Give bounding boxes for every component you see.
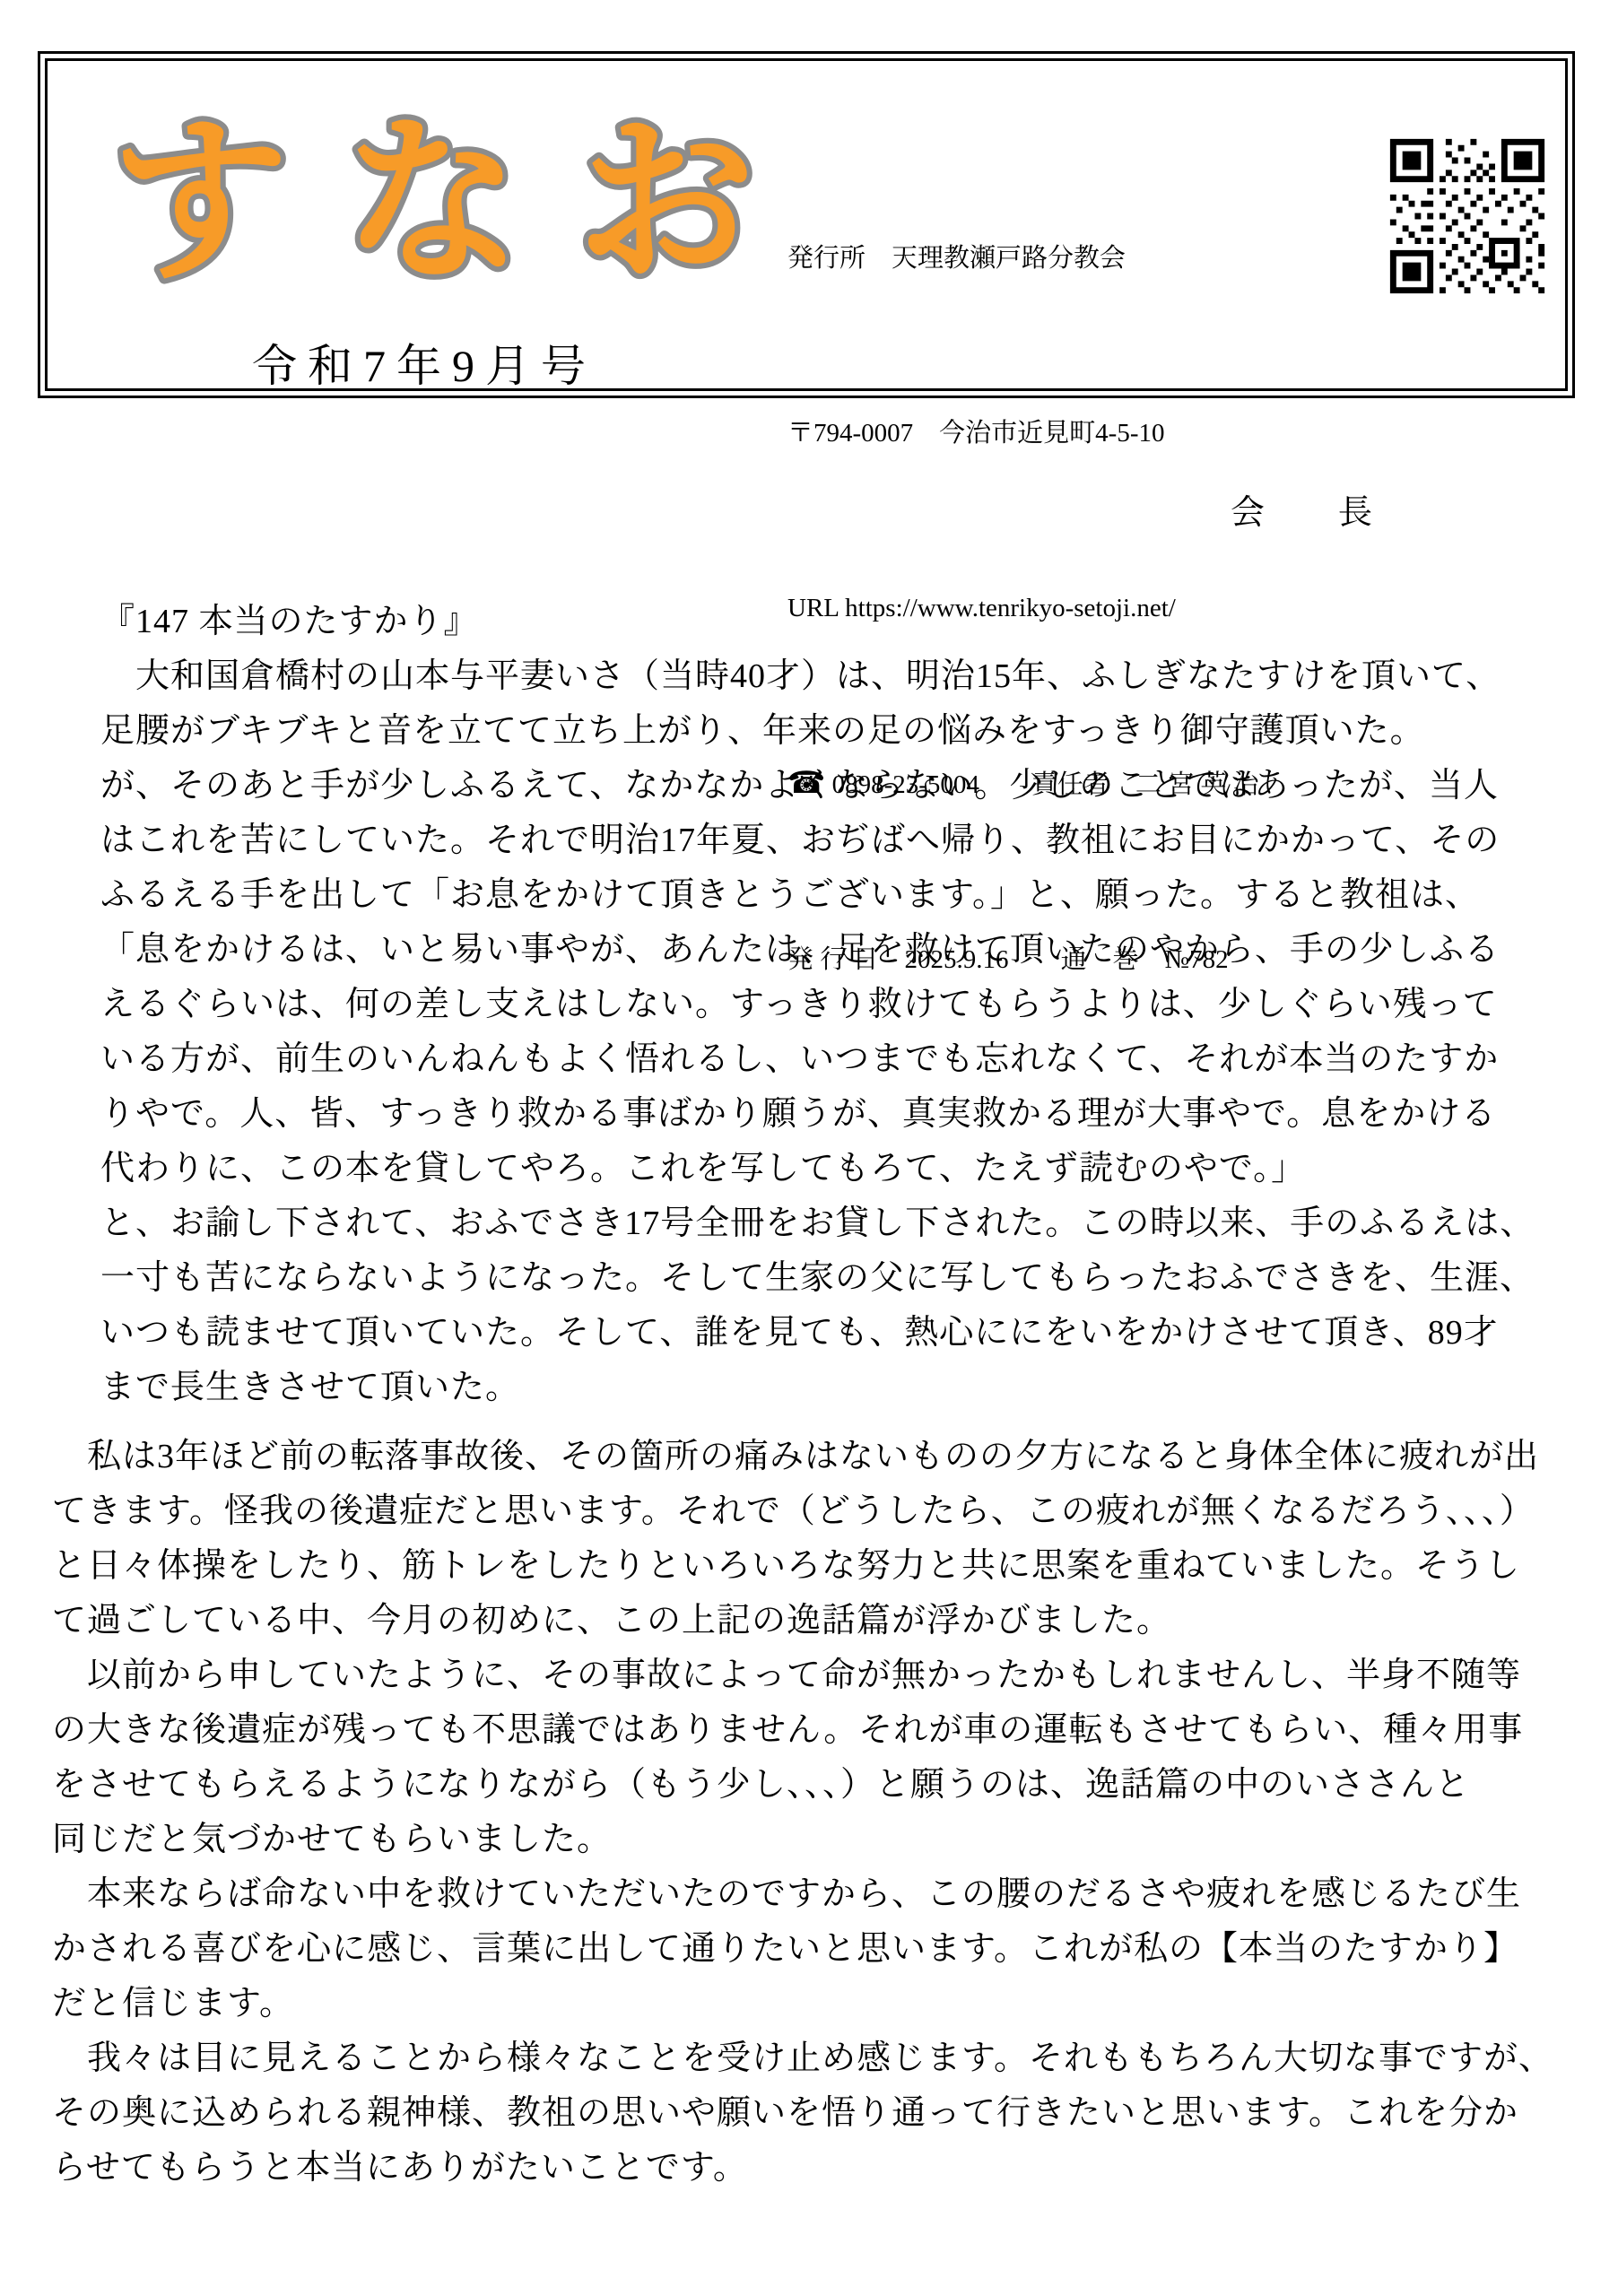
anecdote-line: と、お諭し下されて、おふでさき17号全冊をお貸し下された。この時以来、手のふるえ…: [100, 1196, 1555, 1251]
qr-code: [1384, 133, 1551, 300]
commentary-line: てきます。怪我の後遺症だと思います。それで（どうしたら、この疲れが無くなるだろう…: [52, 1484, 1582, 1539]
phone-number-text: 0898-23-5004 責任者 二 宮 英 治: [825, 770, 1258, 799]
url-line: URL https://www.tenrikyo-setoji.net/: [787, 579, 1259, 638]
issue-date-line: 発 行 日 2025.9.16 通 巻 №782: [787, 931, 1259, 989]
commentary-block: 私は3年ほど前の転落事故後、その箇所の痛みはないものの夕方になると身体全体に疲れ…: [52, 1430, 1582, 2196]
commentary-line: その奥に込められる親神様、教祖の思いや願いを悟り通って行きたいと思います。これを…: [52, 2086, 1582, 2141]
commentary-line: 本来ならば命ない中を救けていただいたのですから、この腰のだるさや疲れを感じるたび…: [52, 1867, 1582, 1922]
commentary-line: と日々体操をしたり、筋トレをしたりといろいろな努力と共に思案を重ねていました。そ…: [52, 1539, 1582, 1594]
anecdote-line: 一寸も苦にならないようになった。そして生家の父に写してもらったおふでさきを、生涯…: [100, 1251, 1555, 1306]
phone-line: ☎ 0898-23-5004 責任者 二 宮 英 治: [787, 754, 1259, 814]
telephone-icon: ☎: [787, 767, 825, 800]
masthead-inner-border: すなお 令和7年9月号 発行所 天理教瀬戸路分教会 〒794-0007 今治市近…: [45, 58, 1568, 391]
anecdote-line: まで長生きさせて頂いた。: [100, 1361, 1555, 1415]
publisher-line: 発行所 天理教瀬戸路分教会: [787, 230, 1259, 288]
publication-info: 発行所 天理教瀬戸路分教会 〒794-0007 今治市近見町4-5-10 URL…: [787, 113, 1259, 1106]
commentary-line: らせてもらうと本当にありがたいことです。: [52, 2141, 1582, 2196]
commentary-line: 同じだと気づかせてもらいました。: [52, 1813, 1582, 1867]
commentary-line: 我々は目に見えることから様々なことを受け止め感じます。それももちろん大切な事です…: [52, 2031, 1582, 2086]
masthead-box: すなお 令和7年9月号 発行所 天理教瀬戸路分教会 〒794-0007 今治市近…: [38, 51, 1575, 398]
commentary-line: の大きな後遺症が残っても不思議ではありません。それが車の運転もさせてもらい、種々…: [52, 1703, 1582, 1758]
anecdote-line: いつも読ませて頂いていた。そして、誰を見ても、熱心ににをいをかけさせて頂き、89…: [100, 1306, 1555, 1361]
commentary-line: かされる喜びを心に感じ、言葉に出して通りたいと思います。これが私の【本当のたすか…: [52, 1922, 1582, 1977]
address-line: 〒794-0007 今治市近見町4-5-10: [787, 404, 1259, 463]
newsletter-page: すなお 令和7年9月号 発行所 天理教瀬戸路分教会 〒794-0007 今治市近…: [0, 0, 1618, 2296]
newsletter-logo: すなお: [83, 86, 765, 306]
anecdote-line: 代わりに、この本を貸してやろ。これを写してもろて、たえず読むのやで。」: [100, 1142, 1555, 1196]
commentary-line: 以前から申していたように、その事故によって命が無かったかもしれませんし、半身不随…: [52, 1648, 1582, 1703]
commentary-line: だと信じます。: [52, 1977, 1582, 2031]
commentary-line: 私は3年ほど前の転落事故後、その箇所の痛みはないものの夕方になると身体全体に疲れ…: [52, 1430, 1582, 1484]
issue-title: 令和7年9月号: [146, 330, 702, 395]
commentary-line: て過ごしている中、今月の初めに、この上記の逸話篇が浮かびました。: [52, 1594, 1582, 1648]
logo-text: すなお: [109, 99, 765, 306]
commentary-line: をさせてもらえるようになりながら（もう少し、、、）と願うのは、逸話篇の中のいささ…: [52, 1758, 1582, 1813]
